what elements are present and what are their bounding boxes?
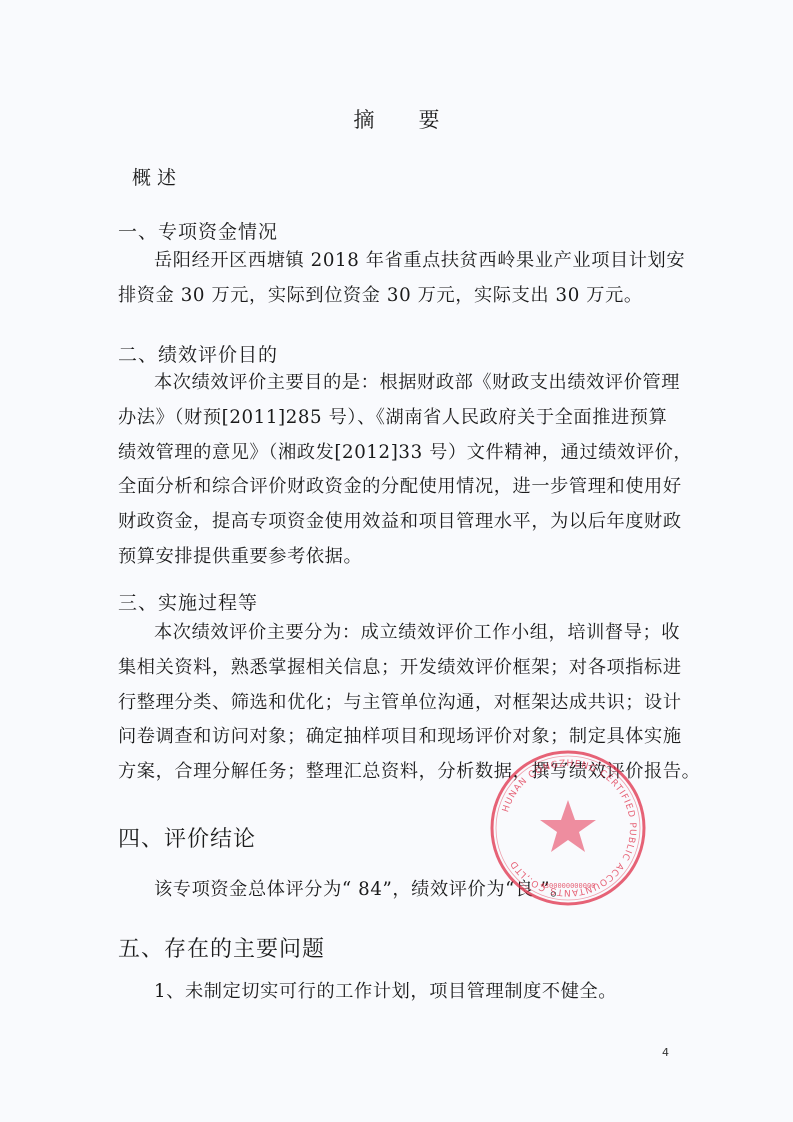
- paragraph-line: 全面分析和综合评价财政资金的分配使用情况，进一步管理和使用好: [118, 470, 678, 505]
- section-heading-purpose: 二、绩效评价目的: [118, 340, 278, 367]
- paragraph-line: 绩效管理的意见》（湘政发[2012]33 号）文件精神，通过绩效评价，: [118, 436, 678, 471]
- section-body-conclusion: 该专项资金总体评分为“ 84”，绩效评价为“良 ”。: [118, 873, 678, 908]
- section-heading-process: 三、实施过程等: [118, 588, 258, 615]
- paragraph-line: 办法》（财预[2011]285 号）、《湖南省人民政府关于全面推进预算: [118, 401, 678, 436]
- paragraph-line: 排资金 30 万元，实际到位资金 30 万元，实际支出 30 万元。: [118, 279, 678, 314]
- section-body-problems: 1、未制定切实可行的工作计划，项目管理制度不健全。: [118, 975, 678, 1010]
- section-heading-problems: 五、存在的主要问题: [118, 932, 325, 963]
- document-page: 摘要 概述 一、专项资金情况 岳阳经开区西塘镇 2018 年省重点扶贫西岭果业产…: [0, 0, 793, 1122]
- paragraph-line: 1、未制定切实可行的工作计划，项目管理制度不健全。: [118, 975, 678, 1010]
- section-heading-conclusion: 四、评价结论: [118, 822, 256, 853]
- page-number: 4: [662, 1046, 669, 1059]
- paragraph-line: 该专项资金总体评分为“ 84”，绩效评价为“良 ”。: [118, 873, 678, 908]
- paragraph-line: 本次绩效评价主要分为：成立绩效评价工作小组，培训督导；收: [118, 616, 678, 651]
- paragraph-line: 预算安排提供重要参考依据。: [118, 540, 678, 575]
- section-heading-funding: 一、专项资金情况: [118, 217, 278, 244]
- section-body-funding: 岳阳经开区西塘镇 2018 年省重点扶贫西岭果业产业项目计划安 排资金 30 万…: [118, 244, 678, 314]
- overview-heading: 概述: [132, 163, 182, 190]
- paragraph-line: 岳阳经开区西塘镇 2018 年省重点扶贫西岭果业产业项目计划安: [118, 244, 678, 279]
- paragraph-line: 行整理分类、筛选和优化；与主管单位沟通，对框架达成共识；设计: [118, 686, 678, 721]
- paragraph-line: 问卷调查和访问对象；确定抽样项目和现场评价对象；制定具体实施: [118, 720, 678, 755]
- paragraph-line: 财政资金，提高专项资金使用效益和项目管理水平，为以后年度财政: [118, 505, 678, 540]
- paragraph-line: 本次绩效评价主要目的是：根据财政部《财政支出绩效评价管理: [118, 366, 678, 401]
- paragraph-line: 方案，合理分解任务；整理汇总资料，分析数据，撰写绩效评价报告。: [118, 755, 678, 790]
- section-body-purpose: 本次绩效评价主要目的是：根据财政部《财政支出绩效评价管理 办法》（财预[2011…: [118, 366, 678, 575]
- page-title: 摘要: [0, 104, 793, 134]
- paragraph-line: 集相关资料，熟悉掌握相关信息；开发绩效评价框架；对各项指标进: [118, 651, 678, 686]
- section-body-process: 本次绩效评价主要分为：成立绩效评价工作小组，培训督导；收 集相关资料，熟悉掌握相…: [118, 616, 678, 790]
